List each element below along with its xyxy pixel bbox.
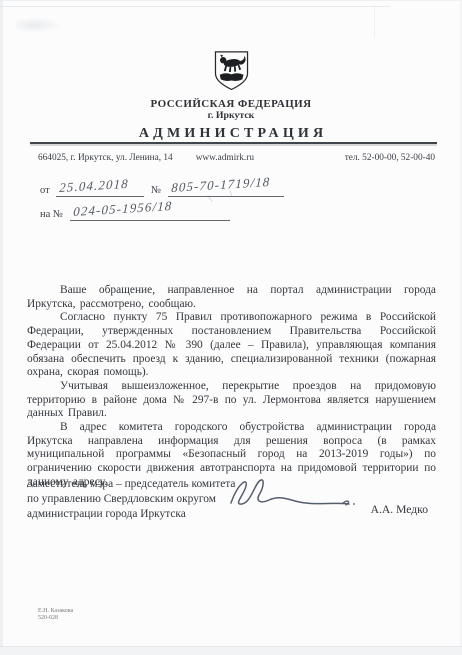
reply-field-line: 024-05-1956/18 — [70, 205, 230, 221]
paragraph-greeting: Ваше обращение, направленное на портал а… — [27, 284, 436, 311]
paragraph-regulation: Согласно пункту 75 Правил противопожарно… — [27, 311, 436, 380]
irkutsk-coat-of-arms-icon — [213, 50, 250, 92]
executor-name: Е.Н. Казакова — [38, 608, 73, 615]
scanned-letter-page: РОССИЙСКАЯ ФЕДЕРАЦИЯ г. Иркутск АДМИНИСТ… — [0, 0, 462, 655]
website-text: www.admirk.ru — [196, 153, 254, 163]
executor-phone: 520-028 — [38, 615, 73, 622]
city-heading: г. Иркутск — [0, 110, 462, 121]
scan-bottom-edge — [0, 646, 462, 655]
handwritten-date: 25.04.2018 — [59, 177, 129, 196]
handwritten-incoming-number: 024-05-1956/18 — [73, 199, 173, 220]
scan-edge-artifact — [0, 6, 390, 7]
paragraph-violation: Учитывая вышеизложенное, перекрытие прое… — [27, 380, 436, 421]
handwritten-outgoing-number: 805-70-1719/18 — [171, 175, 271, 196]
letterhead-divider — [30, 142, 437, 144]
postal-address: 664025, г. Иркутск, ул. Ленина, 14 — [38, 153, 173, 163]
from-label: от — [40, 185, 50, 197]
organization-title: АДМИНИСТРАЦИЯ — [0, 126, 462, 142]
date-field-line: 25.04.2018 — [56, 181, 144, 197]
outgoing-reference-row: от 25.04.2018 № 805-70-1719/18 — [40, 181, 288, 197]
letterhead-contact-row: 664025, г. Иркутск, ул. Ленина, 14 www.a… — [38, 153, 435, 163]
country-heading: РОССИЙСКАЯ ФЕДЕРАЦИЯ — [0, 98, 462, 110]
handwritten-signature-icon — [225, 473, 360, 515]
phone-numbers: тел. 52-00-00, 52-00-40 — [345, 153, 435, 163]
incoming-reference-row: на № 024-05-1956/18 — [40, 205, 234, 221]
scan-smudge-artifact — [16, 17, 62, 33]
scan-fold-line-artifact — [374, 4, 375, 38]
number-label: № — [151, 185, 161, 197]
executor-note: Е.Н. Казакова 520-028 — [38, 608, 73, 622]
signer-name: А.А. Медко — [371, 503, 428, 516]
letter-body: Ваше обращение, направленное на портал а… — [27, 284, 436, 490]
signature-block: Заместитель мэра – председатель комитета… — [27, 477, 436, 522]
reply-to-label: на № — [40, 209, 63, 221]
number-field-line: 805-70-1719/18 — [168, 181, 284, 197]
